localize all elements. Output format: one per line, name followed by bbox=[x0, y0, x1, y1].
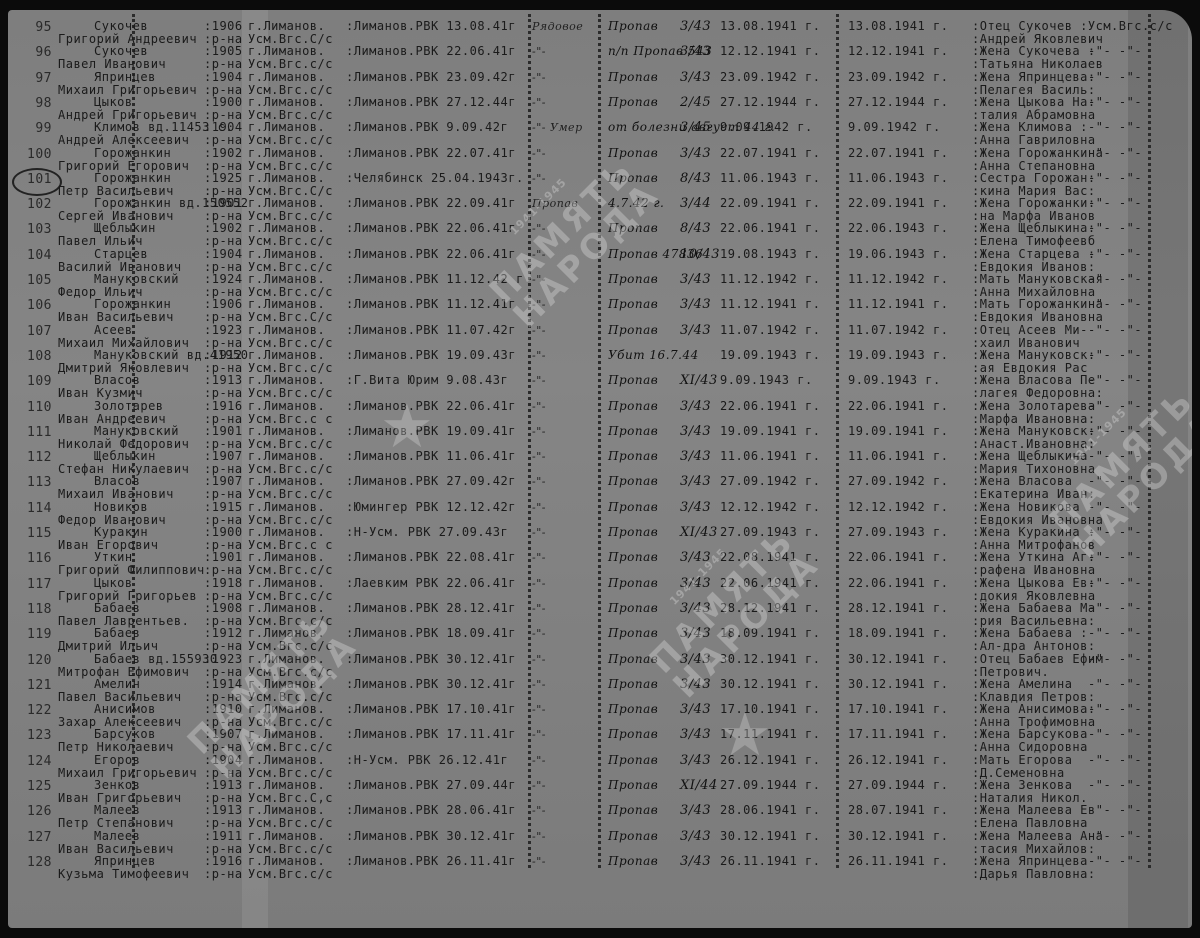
cell-date2: 28.12.1941 г. bbox=[848, 602, 948, 615]
cell-num: 122 bbox=[16, 704, 52, 717]
cell-date2: 19.06.1943 г. bbox=[848, 248, 948, 261]
cell-reason: Пропав bbox=[608, 703, 658, 716]
cell-num: 95 bbox=[16, 21, 52, 34]
cell-rel1: :Жена Япринцева bbox=[972, 855, 1088, 868]
cell-place1: г.Лиманов. bbox=[248, 501, 325, 514]
cell-place1: г.Лиманов. bbox=[248, 172, 325, 185]
cell-date2: 11.06.1941 г. bbox=[848, 450, 948, 463]
cell-date1: 11.12.1942 г. bbox=[720, 273, 820, 286]
table-row: 120Бабаев вд.155930Митрофан Ефимович:192… bbox=[8, 653, 1192, 679]
cell-date2: 22.06.1943 г. bbox=[848, 222, 948, 235]
cell-num: 123 bbox=[16, 729, 52, 742]
cell-order: 3/43 bbox=[680, 855, 711, 868]
cell-date1: 28.06.1941 г. bbox=[720, 804, 820, 817]
cell-birth: :1923 bbox=[204, 324, 243, 337]
cell-rank: -"- bbox=[532, 172, 546, 185]
table-row: 124ЕгоровМихаил Григорьевич:1904:р-наг.Л… bbox=[8, 754, 1192, 780]
cell-addr: -"- -"- bbox=[1088, 222, 1142, 235]
table-row: 125ЗенковИван Григорьевич:1913:р-наг.Лим… bbox=[8, 779, 1192, 805]
cell-date1: 27.12.1944 г. bbox=[720, 96, 820, 109]
cell-reason: Пропав bbox=[608, 450, 658, 463]
cell-date2: 27.09.1943 г. bbox=[848, 526, 948, 539]
cell-date2: 13.08.1941 г. bbox=[848, 20, 948, 33]
cell-rvk: :Лиманов.РВК 23.09.42г bbox=[346, 71, 516, 84]
cell-rvk: :Лиманов.РВК 22.07.41г bbox=[346, 147, 516, 160]
cell-order: XI/43 bbox=[680, 374, 718, 387]
table-row: 113ВласовМихаил Иванович:1907:р-наг.Лима… bbox=[8, 475, 1192, 501]
cell-reason: Пропав bbox=[608, 754, 658, 767]
cell-addr: -"- -"- bbox=[1088, 400, 1142, 413]
cell-num: 119 bbox=[16, 628, 52, 641]
cell-rank: -"- bbox=[532, 45, 546, 58]
cell-rank: -"- bbox=[532, 678, 546, 691]
cell-rvk: :Лиманов.РВК 19.09.41г bbox=[346, 425, 516, 438]
cell-rel1: :Жена Бабаева Ма bbox=[972, 602, 1096, 615]
cell-num: 118 bbox=[16, 603, 52, 616]
cell-rank: -"- bbox=[532, 425, 546, 438]
cell-date2: 27.09.1944 г. bbox=[848, 779, 948, 792]
cell-order: 3/43 bbox=[680, 501, 711, 514]
cell-order: 10/43 bbox=[680, 248, 720, 261]
cell-date2: 9.09.1942 г. bbox=[848, 121, 941, 134]
table-row: 123БарсуковПетр Николаевич:1907:р-наг.Ли… bbox=[8, 728, 1192, 754]
table-row: 101ГорожанкинПетр Васильевич:1925:р-наг.… bbox=[8, 172, 1192, 198]
cell-rvk: :Лиманов.РВК 28.12.41г bbox=[346, 602, 516, 615]
cell-rank: -"- bbox=[532, 602, 546, 615]
cell-addr: -"- -"- bbox=[1088, 830, 1142, 843]
cell-date2: 9.09.1943 г. bbox=[848, 374, 941, 387]
cell-addr: -"- -"- bbox=[1088, 501, 1142, 514]
cell-reason: Пропав bbox=[608, 728, 658, 741]
cell-rel1: :Отец Бабаев Ефим bbox=[972, 653, 1103, 666]
cell-num: 120 bbox=[16, 654, 52, 667]
table-row: 115КуракинИван Егорович:1900:р-наг.Лиман… bbox=[8, 526, 1192, 552]
cell-place1: г.Лиманов. bbox=[248, 577, 325, 590]
cell-rel1: :Сестра Горожан: bbox=[972, 172, 1096, 185]
cell-place1: г.Лиманов. bbox=[248, 653, 325, 666]
cell-surname: Малеев bbox=[94, 830, 140, 843]
cell-rank: -"- bbox=[532, 273, 546, 286]
cell-num: 105 bbox=[16, 274, 52, 287]
cell-num: 113 bbox=[16, 476, 52, 489]
cell-date2: 22.07.1941 г. bbox=[848, 147, 948, 160]
cell-date1: 11.07.1942 г. bbox=[720, 324, 820, 337]
cell-num: 96 bbox=[16, 46, 52, 59]
cell-order: 3/43 bbox=[680, 273, 711, 286]
cell-surname: Бабаев вд.155930 bbox=[94, 653, 218, 666]
cell-rvk: :Лиманов.РВК 30.12.41г bbox=[346, 653, 516, 666]
cell-order: 3/43 bbox=[680, 830, 711, 843]
cell-order: 3/43 bbox=[680, 425, 711, 438]
cell-date1: 19.08.1943 г. bbox=[720, 248, 820, 261]
cell-rel1: :Жена Мануковск: bbox=[972, 349, 1096, 362]
cell-reason: Пропав bbox=[608, 475, 658, 488]
cell-date2: 27.12.1944 г. bbox=[848, 96, 948, 109]
cell-rank: -"- bbox=[532, 324, 546, 337]
cell-rank: -"- bbox=[532, 374, 546, 387]
cell-place1: г.Лиманов. bbox=[248, 425, 325, 438]
cell-place1: г.Лиманов. bbox=[248, 400, 325, 413]
cell-rvk: :Лиманов.РВК 18.09.41г bbox=[346, 627, 516, 640]
cell-rvk: :Лиманов.РВК 17.11.41г bbox=[346, 728, 516, 741]
cell-order: 3/43 bbox=[680, 147, 711, 160]
cell-reason: Убит 16.7.44 bbox=[608, 349, 699, 362]
cell-birth: :1916 bbox=[204, 400, 243, 413]
cell-reason: Пропав bbox=[608, 779, 658, 792]
cell-num: 110 bbox=[16, 401, 52, 414]
cell-rvk: :Г.Вита Юрим 9.08.43г bbox=[346, 374, 508, 387]
table-row: 104СтарцевВасилий Иванович:1904:р-наг.Ли… bbox=[8, 248, 1192, 274]
cell-place1: г.Лиманов. bbox=[248, 248, 325, 261]
cell-num: 102 bbox=[16, 198, 52, 211]
cell-birth: :1904 bbox=[204, 71, 243, 84]
cell-date1: 22.07.1941 г. bbox=[720, 147, 820, 160]
cell-num: 127 bbox=[16, 831, 52, 844]
cell-rank: -"- bbox=[532, 71, 546, 84]
cell-rel1: :Жена Цыкова На: bbox=[972, 96, 1096, 109]
cell-date2: 18.09.1941 г. bbox=[848, 627, 948, 640]
cell-reason: Пропав bbox=[608, 20, 658, 33]
cell-reason: Пропав bbox=[608, 298, 658, 311]
cell-date2: 12.12.1942 г. bbox=[848, 501, 948, 514]
cell-order: 2/45 bbox=[680, 96, 711, 109]
cell-date2: 11.06.1943 г. bbox=[848, 172, 948, 185]
cell-rank: Рядовое bbox=[532, 20, 583, 33]
cell-order: 3/43 bbox=[680, 627, 711, 640]
cell-date1: 27.09.1944 г. bbox=[720, 779, 820, 792]
cell-addr: -"- -"- bbox=[1088, 855, 1142, 868]
cell-date1: 11.06.1943 г. bbox=[720, 172, 820, 185]
cell-surname: Горожанкин bbox=[94, 147, 171, 160]
cell-date2: 12.12.1941 г. bbox=[848, 45, 948, 58]
cell-rank: -"- bbox=[532, 450, 546, 463]
cell-rank: Пропав bbox=[532, 197, 578, 210]
cell-surname: Япринцев bbox=[94, 855, 156, 868]
cell-num: 108 bbox=[16, 350, 52, 363]
cell-order: 3/43 bbox=[680, 678, 711, 691]
cell-date2: 22.06.1941 г. bbox=[848, 577, 948, 590]
cell-order: 3/43 bbox=[680, 298, 711, 311]
cell-birth: :1912 bbox=[204, 349, 243, 362]
cell-rvk: :Лиманов.РВК 11.07.42г bbox=[346, 324, 516, 337]
cell-date1: 18.09.1941 г. bbox=[720, 627, 820, 640]
cell-date1: 26.12.1941 г. bbox=[720, 754, 820, 767]
cell-date1: 22.06.1941 г. bbox=[720, 222, 820, 235]
cell-reason: 4.7.42 г. bbox=[608, 197, 664, 210]
cell-rank: -"- Умер bbox=[532, 121, 583, 134]
cell-rank: -"- bbox=[532, 577, 546, 590]
cell-rel2: :Дарья Павловна: bbox=[972, 868, 1096, 881]
cell-rank: -"- bbox=[532, 501, 546, 514]
cell-date2: 11.12.1941 г. bbox=[848, 298, 948, 311]
cell-num: 128 bbox=[16, 856, 52, 869]
cell-date1: 23.09.1942 г. bbox=[720, 71, 820, 84]
cell-rvk: :Лиманов.РВК 28.06.41г bbox=[346, 804, 516, 817]
cell-order: 3/45 bbox=[680, 121, 711, 134]
cell-date1: 27.09.1943 г. bbox=[720, 526, 820, 539]
table-row: 100ГорожанкинГригорий Егорович:1902:р-на… bbox=[8, 147, 1192, 173]
cell-rank: -"- bbox=[532, 728, 546, 741]
cell-birth: :1918 bbox=[204, 577, 243, 590]
cell-rank: -"- bbox=[532, 627, 546, 640]
cell-reason: Пропав bbox=[608, 678, 658, 691]
cell-addr: -"- -"- bbox=[1088, 475, 1142, 488]
cell-order: XI/44 bbox=[680, 779, 718, 792]
cell-date2: 17.10.1941 г. bbox=[848, 703, 948, 716]
cell-rvk: :Лиманов.РВК 22.08.41г bbox=[346, 551, 516, 564]
cell-date1: 17.10.1941 г. bbox=[720, 703, 820, 716]
cell-date1: 11.06.1941 г. bbox=[720, 450, 820, 463]
cell-date1: 30.12.1941 г. bbox=[720, 830, 820, 843]
table-row: 116УткинГригорий Филиппович:1901:р-наг.Л… bbox=[8, 551, 1192, 577]
cell-date2: 22.06.1941 г. bbox=[848, 551, 948, 564]
cell-reason: Пропав bbox=[608, 627, 658, 640]
cell-surname: Горожанкин bbox=[94, 172, 171, 185]
table-row: 111МануковскийНиколай Федорович:1901:р-н… bbox=[8, 425, 1192, 451]
cell-rvk: :Лиманов.РВК 30.12.41г bbox=[346, 830, 516, 843]
cell-date2: 27.09.1942 г. bbox=[848, 475, 948, 488]
cell-num: 114 bbox=[16, 502, 52, 515]
cell-birth: :1901 bbox=[204, 425, 243, 438]
cell-addr: -"- -"- bbox=[1088, 374, 1142, 387]
cell-order: 3/43 bbox=[680, 551, 711, 564]
cell-num: 106 bbox=[16, 299, 52, 312]
cell-num: 104 bbox=[16, 249, 52, 262]
cell-num: 109 bbox=[16, 375, 52, 388]
cell-num: 107 bbox=[16, 325, 52, 338]
cell-order: 3/43 bbox=[680, 728, 711, 741]
cell-num: 116 bbox=[16, 552, 52, 565]
cell-rel1: :Жена Старцева : bbox=[972, 248, 1096, 261]
cell-rank: -"- bbox=[532, 526, 546, 539]
cell-addr: -"- -"- bbox=[1088, 653, 1142, 666]
cell-order: 3/43 bbox=[680, 475, 711, 488]
cell-place1: г.Лиманов. bbox=[248, 349, 325, 362]
cell-num: 124 bbox=[16, 755, 52, 768]
cell-surname: Цыков bbox=[94, 577, 133, 590]
cell-rna: :р-на bbox=[204, 868, 243, 881]
cell-addr: -"- -"- bbox=[1088, 526, 1142, 539]
cell-rank: -"- bbox=[532, 222, 546, 235]
cell-date1: 30.12.1941 г. bbox=[720, 678, 820, 691]
cell-reason: Пропав bbox=[608, 804, 658, 817]
cell-addr: -"- -"- bbox=[1088, 728, 1142, 741]
cell-rvk: :Лиманов.РВК 22.09.41г bbox=[346, 197, 516, 210]
cell-rank: -"- bbox=[532, 754, 546, 767]
cell-reason: Пропав bbox=[608, 96, 658, 109]
cell-rank: -"- bbox=[532, 349, 546, 362]
cell-reason: Пропав bbox=[608, 147, 658, 160]
cell-birth: :1904 bbox=[204, 248, 243, 261]
cell-place1: г.Лиманов. bbox=[248, 324, 325, 337]
cell-reason: Пропав bbox=[608, 577, 658, 590]
cell-num: 103 bbox=[16, 223, 52, 236]
cell-order: 3/43 bbox=[680, 71, 711, 84]
cell-rel1: :Жена Золотарева bbox=[972, 400, 1096, 413]
table-row: 108Мануковский вд.41950Дмитрий Яковлевич… bbox=[8, 349, 1192, 375]
cell-addr: -"- -"- bbox=[1088, 425, 1142, 438]
cell-num: 121 bbox=[16, 679, 52, 692]
cell-rel1: :Жена Мануковск: bbox=[972, 425, 1096, 438]
cell-date1: 28.12.1941 г. bbox=[720, 602, 820, 615]
cell-rank: -"- bbox=[532, 147, 546, 160]
cell-num: 125 bbox=[16, 780, 52, 793]
cell-date2: 28.07.1941 г. bbox=[848, 804, 948, 817]
cell-rvk: :Лиманов.РВК 11.12.41г bbox=[346, 298, 516, 311]
table-row: 110ЗолотаревИван Андреевич:1916:р-наг.Ли… bbox=[8, 400, 1192, 426]
cell-reason: Пропав bbox=[608, 374, 658, 387]
cell-date2: 23.09.1942 г. bbox=[848, 71, 948, 84]
cell-rvk: :Лиманов.РВК 27.09.42г bbox=[346, 475, 516, 488]
cell-order: 3/43 bbox=[680, 400, 711, 413]
cell-surname: Золотарев bbox=[94, 400, 164, 413]
cell-rel1: :Отец Асеев Ми- bbox=[972, 324, 1088, 337]
cell-rank: -"- bbox=[532, 703, 546, 716]
cell-reason: Пропав bbox=[608, 551, 658, 564]
cell-reason: Пропав bbox=[608, 602, 658, 615]
cell-order: 3/43 bbox=[680, 602, 711, 615]
cell-place1: г.Лиманов. bbox=[248, 96, 325, 109]
cell-rank: -"- bbox=[532, 400, 546, 413]
table-row: 119БабаевДмитрий Ильич:1912:р-наг.Лимано… bbox=[8, 627, 1192, 653]
cell-date1: 22.09.1941 г. bbox=[720, 197, 820, 210]
cell-date1: 19.09.1941 г. bbox=[720, 425, 820, 438]
cell-date1: 22.06.1941 г. bbox=[720, 400, 820, 413]
cell-rank: -"- bbox=[532, 298, 546, 311]
cell-rvk: :Юмингер РВК 12.12.42г bbox=[346, 501, 516, 514]
cell-rvk: :Лиманов.РВК 22.06.41г bbox=[346, 222, 516, 235]
table-row: 126МалеевПетр Степанович:1913:р-наг.Лима… bbox=[8, 804, 1192, 830]
table-row: 95СукочевГригорий Андреевич:1906:р-наг.Л… bbox=[8, 20, 1192, 46]
cell-given: Кузьма Тимофеевич bbox=[58, 868, 189, 881]
cell-rank: -"- bbox=[532, 804, 546, 817]
cell-num: 111 bbox=[16, 426, 52, 439]
cell-rel1: :Жена Амелина bbox=[972, 678, 1072, 691]
cell-rvk: :Лиманов.РВК 19.09.43г bbox=[346, 349, 516, 362]
cell-addr: -"- -"- bbox=[1088, 121, 1142, 134]
cell-date2: 26.11.1941 г. bbox=[848, 855, 948, 868]
cell-place1: г.Лиманов. bbox=[248, 71, 325, 84]
table-row: 98ЦыковАндрей Григорьевич:1900:р-наг.Лим… bbox=[8, 96, 1192, 122]
cell-rvk: :Лиманов.РВК 9.09.42г bbox=[346, 121, 508, 134]
cell-addr: -"- -"- bbox=[1088, 298, 1142, 311]
cell-date2: 26.12.1941 г. bbox=[848, 754, 948, 767]
cell-addr: -"- -"- bbox=[1088, 703, 1142, 716]
cell-date2: 11.12.1942 г. bbox=[848, 273, 948, 286]
cell-rank: -"- bbox=[532, 475, 546, 488]
cell-reason: Пропав bbox=[608, 400, 658, 413]
cell-rvk: :Лиманов.РВК 27.09.44г bbox=[346, 779, 516, 792]
cell-surname: Старцев bbox=[94, 248, 148, 261]
cell-rvk: :Н-Усм. РВК 27.09.43г bbox=[346, 526, 508, 539]
table-row: 103ЩеблыкинПавел Ильич:1902:р-наг.Лимано… bbox=[8, 222, 1192, 248]
cell-date1: 22.06.1941 г. bbox=[720, 577, 820, 590]
cell-reason: Пропав bbox=[608, 273, 658, 286]
cell-order: 3/43 bbox=[680, 45, 711, 58]
cell-reason: Пропав bbox=[608, 830, 658, 843]
table-row: 121АмелинПавел Васильевич:1914:р-наг.Лим… bbox=[8, 678, 1192, 704]
cell-order: 3/43 bbox=[680, 804, 711, 817]
cell-addr: -"- -"- bbox=[1088, 779, 1142, 792]
cell-num: 97 bbox=[16, 72, 52, 85]
cell-date2: 19.09.1941 г. bbox=[848, 425, 948, 438]
cell-place1: г.Лиманов. bbox=[248, 602, 325, 615]
cell-num: 112 bbox=[16, 451, 52, 464]
cell-rank: -"- bbox=[532, 653, 546, 666]
cell-date1: 11.12.1941 г. bbox=[720, 298, 820, 311]
cell-rank: -"- bbox=[532, 830, 546, 843]
table-row: 102Горожанкин вд.150552Сергей Иванович:1… bbox=[8, 197, 1192, 223]
cell-order: 3/43 bbox=[680, 20, 711, 33]
cell-order: 3/43 bbox=[680, 450, 711, 463]
cell-addr: -"- -"- bbox=[1088, 197, 1142, 210]
cell-date1: 27.09.1942 г. bbox=[720, 475, 820, 488]
cell-birth: :1911 bbox=[204, 830, 243, 843]
cell-num: 99 bbox=[16, 122, 52, 135]
cell-rel1: :Жена Горожанкина bbox=[972, 147, 1103, 160]
cell-addr: -"- -"- bbox=[1088, 248, 1142, 261]
cell-birth: :1925 bbox=[204, 172, 243, 185]
cell-num: 101 bbox=[16, 173, 52, 186]
cell-surname: Амелин bbox=[94, 678, 140, 691]
cell-surname: Егоров bbox=[94, 754, 140, 767]
cell-num: 100 bbox=[16, 148, 52, 161]
cell-place2: Усм.Вгс.с/с bbox=[248, 868, 333, 881]
cell-date1: 26.11.1941 г. bbox=[720, 855, 820, 868]
table-row: 106ГорожанкинИван Васильевич:1906:р-наг.… bbox=[8, 298, 1192, 324]
cell-rvk: :Челябинск 25.04.1943г. bbox=[346, 172, 524, 185]
cell-addr: -"- -"- bbox=[1088, 678, 1142, 691]
cell-date2: 17.11.1941 г. bbox=[848, 728, 948, 741]
cell-addr: -"- -"- bbox=[1088, 627, 1142, 640]
cell-birth: :1923 bbox=[204, 653, 243, 666]
archive-document-page: 95СукочевГригорий Андреевич:1906:р-наг.Л… bbox=[8, 10, 1192, 928]
cell-birth: :1908 bbox=[204, 602, 243, 615]
cell-date2: 30.12.1941 г. bbox=[848, 678, 948, 691]
table-row: 96СукочевПавел Иванович:1905:р-наг.Лиман… bbox=[8, 45, 1192, 71]
cell-addr: -"- -"- bbox=[1088, 273, 1142, 286]
table-row: 118БабаевПавел Лаврентьев.:1908:р-наг.Ли… bbox=[8, 602, 1192, 628]
cell-birth: :1904 bbox=[204, 754, 243, 767]
table-row: 112ЩеблыкинСтефан Никулаевич:1907:р-наг.… bbox=[8, 450, 1192, 476]
cell-rvk: :Н-Усм. РВК 26.12.41г bbox=[346, 754, 508, 767]
cell-birth: :1915 bbox=[204, 501, 243, 514]
cell-rank: -"- bbox=[532, 551, 546, 564]
cell-rvk: :Лиманов.РВК 11.06.41г bbox=[346, 450, 516, 463]
cell-date1: 12.12.1942 г. bbox=[720, 501, 820, 514]
cell-order: XI/43 bbox=[680, 526, 718, 539]
cell-rel1: :Мать Егорова bbox=[972, 754, 1072, 767]
cell-num: 98 bbox=[16, 97, 52, 110]
cell-rank: -"- bbox=[532, 96, 546, 109]
cell-addr: -"- -"- bbox=[1088, 450, 1142, 463]
cell-rank: -"- bbox=[532, 248, 546, 261]
cell-date2: 30.12.1941 г. bbox=[848, 653, 948, 666]
cell-surname: Япринцев bbox=[94, 71, 156, 84]
cell-rank: -"- bbox=[532, 779, 546, 792]
cell-date1: 13.08.1941 г. bbox=[720, 20, 820, 33]
cell-rvk: :Лаевким РВК 22.06.41г bbox=[346, 577, 516, 590]
cell-date1: 12.12.1941 г. bbox=[720, 45, 820, 58]
cell-place1: г.Лиманов. bbox=[248, 855, 325, 868]
cell-addr: -"- -"- bbox=[1088, 45, 1142, 58]
cell-addr: -"- -"- bbox=[1088, 349, 1142, 362]
cell-order: 3/43 bbox=[680, 324, 711, 337]
cell-birth: :1900 bbox=[204, 96, 243, 109]
cell-num: 126 bbox=[16, 805, 52, 818]
cell-order: 3/43 bbox=[680, 754, 711, 767]
cell-surname: Цыков bbox=[94, 96, 133, 109]
